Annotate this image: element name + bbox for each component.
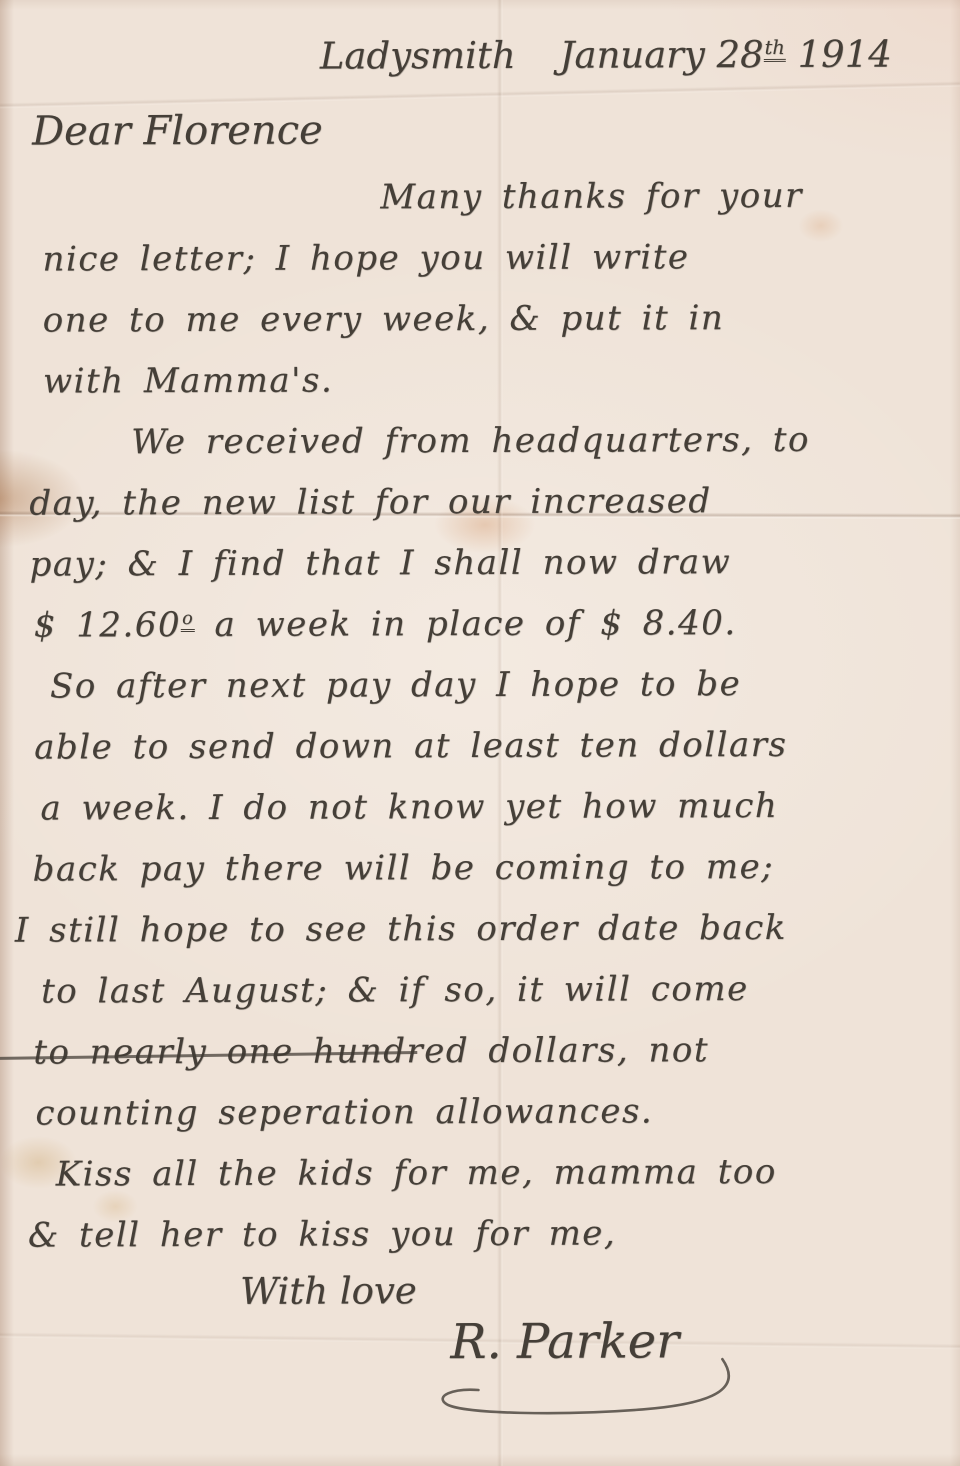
dateline: LadysmithJanuary 28th 1914	[320, 32, 934, 77]
letter-line: able to send down at least ten dollars	[34, 714, 936, 778]
letter-line: We received from headquarters, to	[131, 409, 935, 473]
dateline-ordinal: th	[764, 36, 786, 62]
strike-line-rest: one hundred dollars, not	[207, 1030, 709, 1072]
letter-paper: LadysmithJanuary 28th 1914 Dear Florence…	[0, 0, 960, 1466]
letter-line-strike: to nearly one hundred dollars, not	[33, 1019, 937, 1083]
letter-line: day, the new list for our increased	[29, 470, 935, 534]
struck-text: to nearly	[33, 1032, 207, 1073]
letter-line: back pay there will be coming to me;	[33, 836, 937, 900]
letter-line: pay; & I find that I shall now draw	[29, 531, 935, 595]
letter-line: Many thanks for your	[380, 165, 934, 228]
letter-line-amount: $ 12.60o a week in place of $ 8.40.	[34, 592, 936, 656]
letter-line: Kiss all the kids for me, mamma too	[56, 1141, 938, 1205]
letter-line: nice letter; I hope you will write	[42, 226, 934, 290]
letter-line: I still hope to see this order date back	[15, 897, 937, 961]
letter-line: one to me every week, & put it in	[43, 287, 935, 351]
letter-line: with Mamma's.	[43, 348, 935, 412]
signature: R. Parker	[450, 1313, 679, 1370]
letter-text: LadysmithJanuary 28th 1914 Dear Florence…	[0, 0, 960, 1372]
amount-text: $ 12.60	[34, 605, 181, 646]
dateline-place: Ladysmith	[320, 34, 516, 78]
dateline-year: 1914	[797, 33, 891, 76]
signature-block: R. Parker	[450, 1313, 790, 1370]
letter-line: to last August; & if so, it will come	[41, 958, 937, 1022]
letter-line: counting seperation allowances.	[35, 1080, 937, 1144]
salutation: Dear Florence	[32, 105, 934, 154]
letter-line: & tell her to kiss you for me,	[28, 1202, 938, 1266]
dateline-month-day: January 28	[560, 33, 764, 77]
letter-line: So after next pay day I hope to be	[50, 653, 936, 717]
letter-body: Many thanks for your nice letter; I hope…	[28, 165, 938, 1266]
letter-line: a week. I do not know yet how much	[40, 775, 936, 839]
cents-superscript: o	[181, 609, 195, 632]
closing: With love	[240, 1267, 938, 1312]
amount-rest: a week in place of $ 8.40.	[195, 603, 737, 645]
